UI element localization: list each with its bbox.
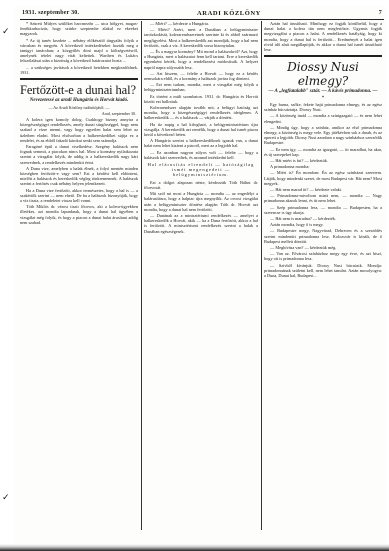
scan-bottom-edge xyxy=(0,544,389,551)
paragraph: A Duna vize, amelyben a halak élnek, a f… xyxy=(20,166,138,187)
paragraph: Ha a Duna vize fertőzött, akkor természe… xyxy=(20,188,138,204)
article-headline: Diossy Nusi elmegy? xyxy=(264,60,382,88)
paragraph: — Szívből kívánjuk. Diossy Nusi búcsúzik… xyxy=(264,263,382,279)
margin-mark: ✓ xyxy=(2,26,10,37)
paragraph: Kolerarendszer alapján tovább mit, a bel… xyxy=(144,105,258,121)
paragraph: Tóth Miklós dr. városi tiszti főorvos, a… xyxy=(20,204,138,225)
paragraph: Egy barna, szőke, fekete hajú primadonna… xyxy=(264,102,382,112)
paragraph: — Ez azonban nagyon súlyos volt — felelt… xyxy=(144,150,258,160)
paragraph: — Hát miért is fut? — kérdeztük. xyxy=(264,158,382,163)
paragraph: — Hát nem is maradna? — kérdezték. xyxy=(264,216,382,221)
paragraph: — Ezt nem tudom, mondta, mert a vizsgála… xyxy=(144,82,258,92)
paragraph: — Miért is? Én mondom: Én az egész szính… xyxy=(264,170,382,186)
section-rule xyxy=(264,55,382,57)
paragraph: Ezt a dolgot alaposan nézte, kérdezzük T… xyxy=(144,180,258,190)
paragraph: Aztán mondta, hogy ő is megy. xyxy=(264,222,382,227)
paragraph: — Meghívása van? — kérdeztük még. xyxy=(264,245,382,250)
paragraph: A Hungária szerint a halkereskedőknek ig… xyxy=(144,138,258,148)
page-number: 7 xyxy=(379,10,382,16)
paragraph: Faragóné épül a dunai viselkedése. Szegé… xyxy=(20,144,138,165)
paragraph: Mit szól mi most a Hungária — mondta — a… xyxy=(144,191,258,212)
paragraph: Aztán hal árusítható. Minthogy ez fogják… xyxy=(264,21,382,52)
newspaper-page: 1931. szeptember 30. ARADI KÖZLÖNY 7 * S… xyxy=(14,6,386,544)
margin-mark: ✓ xyxy=(2,492,10,503)
article-dateline: Arad, szeptember 30. xyxy=(20,111,136,116)
article-headline: Fertőzött-e a dunai hal? xyxy=(20,83,138,97)
paragraph: Ez történt a múlt szombaton. 1931. dr. H… xyxy=(144,94,258,104)
paragraph: — Hát nem marad itt? — kérdezte valaki. xyxy=(264,187,382,192)
article-subheadline: Nevezetessé az aradi Hungária és Horvát … xyxy=(20,98,138,104)
paragraph: * Az új tanév kezdete ... néhány előkész… xyxy=(20,38,138,64)
paragraph: — Van az. Fővárosi színházhoz megy egy é… xyxy=(264,251,382,261)
paragraph: — Miért? — kérdezte a Hungária. xyxy=(144,21,258,26)
paragraph: — Ez nem így, — mondta az igazgató, — it… xyxy=(264,147,382,157)
issue-date: 1931. szeptember 30. xyxy=(22,10,79,16)
column-divider xyxy=(261,21,262,530)
spaced-notice: Hal elárusítás elrendelt — hatóságilag i… xyxy=(144,162,258,178)
column-2: — Miért? — kérdezte a Hungária. — Miért?… xyxy=(144,21,258,530)
newspaper-name: ARADI KÖZLÖNY xyxy=(197,10,261,17)
header-rule xyxy=(20,19,384,20)
paragraph: * Szüreti Mülyes szülőket harcmezőn — ut… xyxy=(20,21,138,37)
paragraph: A kolera igen komoly dolog. Csakhogy biz… xyxy=(20,117,138,143)
paragraph: — Primadonna-mivoltom miatt nem, — mondt… xyxy=(264,193,382,203)
column-3: Aztán hal árusítható. Minthogy ez fogják… xyxy=(264,21,382,530)
paragraph: ... a szükséges javítások a következő he… xyxy=(20,65,138,75)
paragraph: — Azt hiszem, — felelte a Horvát — hogy … xyxy=(144,71,258,81)
paragraph: — És a magyar kormány? Mit mond a halász… xyxy=(144,49,258,70)
paragraph: A primadonna mondta: xyxy=(264,164,382,169)
section-rule xyxy=(20,78,138,80)
column-divider xyxy=(141,21,142,530)
paragraph: — Mindig úgy, hogy a színház, amikor az … xyxy=(264,125,382,146)
paragraph: — Budapestre megy, Nagyvárad, Debrecen é… xyxy=(264,228,382,244)
article-subheadline: — A „legfiatalabb" sztár. — A kávés prim… xyxy=(264,89,382,95)
paragraph: — Szép primadonna lesz, — mondta — Budap… xyxy=(264,205,382,215)
article-byline: — Az Aradi Közlöny tudósítójától. — xyxy=(20,105,138,110)
paragraph: — Miért? Azért, mert a Dunában a belügym… xyxy=(144,27,258,48)
page-header: 1931. szeptember 30. ARADI KÖZLÖNY 7 xyxy=(22,8,382,18)
star-ornament: * xyxy=(264,96,382,101)
paragraph: — A közönség imád — mondta a színigazgat… xyxy=(264,113,382,123)
paragraph: — Dunának az a minisztériumi rendelkezés… xyxy=(144,213,258,234)
column-1: * Szüreti Mülyes szülőket harcmezőn — ut… xyxy=(20,21,138,530)
paragraph: Ha tíz napig a hal kifogható, a belügymi… xyxy=(144,122,258,138)
